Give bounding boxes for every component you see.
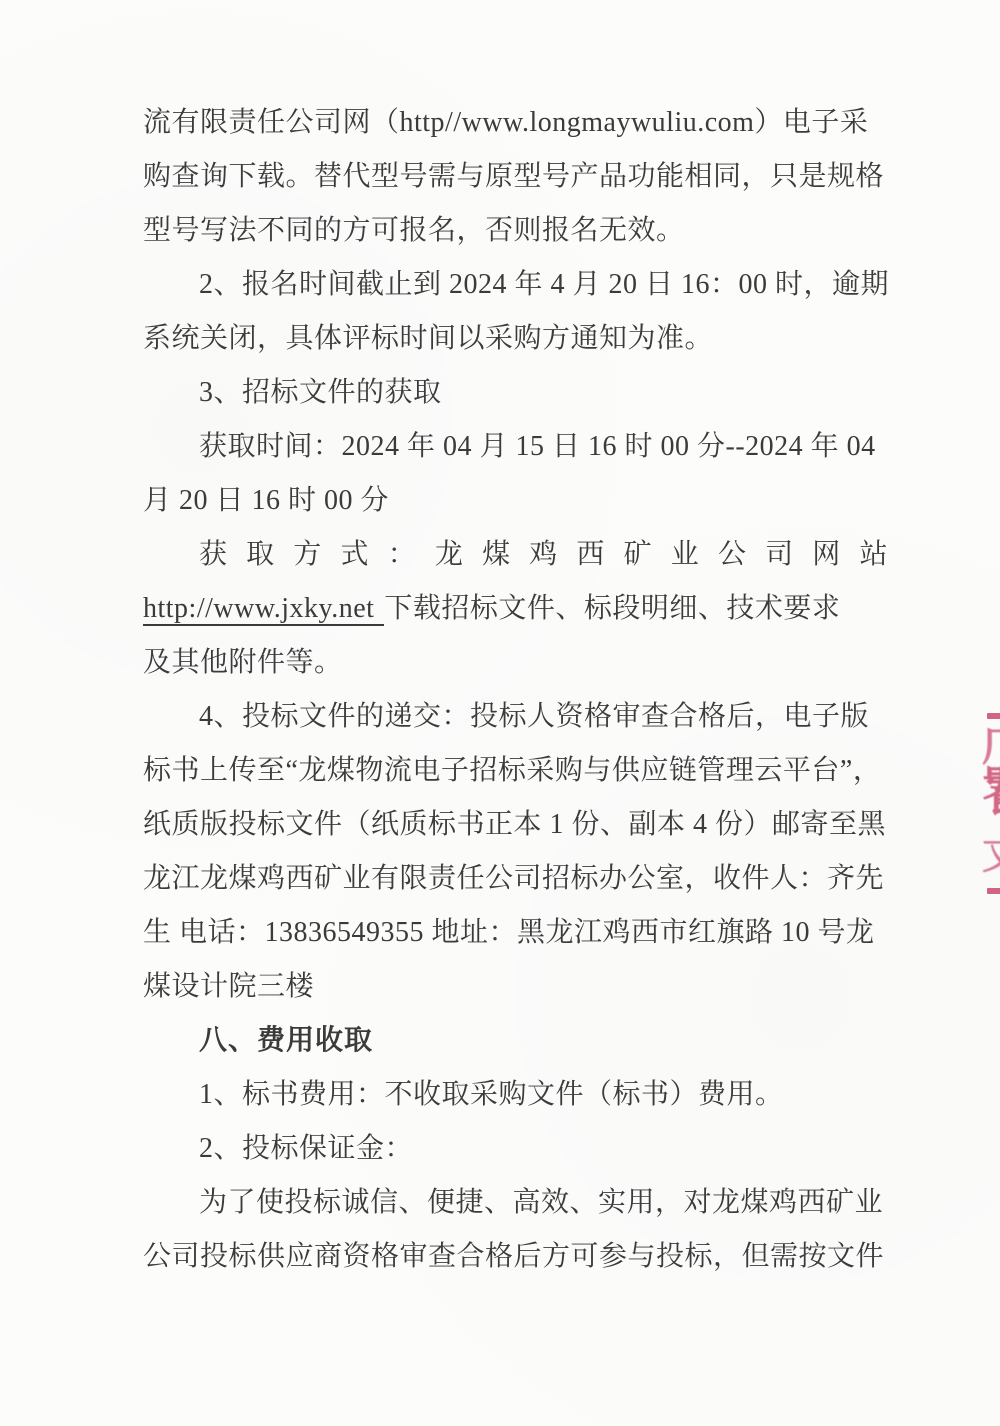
seal-char-fragment: 饕 <box>982 768 1000 820</box>
text-line: 型号写法不同的方可报名，否则报名无效。 <box>143 204 888 258</box>
seal-char-fragment: 丈 <box>982 834 1000 876</box>
text-line: 1、标书费用：不收取采购文件（标书）费用。 <box>143 1068 888 1122</box>
text-line: 公司投标供应商资格审查合格后方可参与投标，但需按文件 <box>143 1230 888 1284</box>
text-line: 获 取 方 式 ： 龙 煤 鸡 西 矿 业 公 司 网 站 <box>143 528 888 582</box>
text-line: 生 电话：13836549355 地址：黑龙江鸡西市红旗路 10 号龙 <box>143 906 888 960</box>
line-text: 下载招标文件、标段明细、技术要求 <box>384 593 840 624</box>
url-text: http://www.jxky.net <box>143 593 384 626</box>
text-line: 系统关闭，具体评标时间以采购方通知为准。 <box>143 312 888 366</box>
red-seal-stamp: 广饕丈 <box>980 708 1000 904</box>
text-line: 纸质版投标文件（纸质标书正本 1 份、副本 4 份）邮寄至黑 <box>143 798 888 852</box>
document-body: 流有限责任公司网（http//www.longmaywuliu.com）电子采购… <box>143 96 888 1284</box>
text-line: 2、投标保证金： <box>143 1122 888 1176</box>
text-line: 3、招标文件的获取 <box>143 366 888 420</box>
seal-char-fragment: 广 <box>982 724 1000 768</box>
text-line: 流有限责任公司网（http//www.longmaywuliu.com）电子采 <box>143 96 888 150</box>
text-line: 获取时间：2024 年 04 月 15 日 16 时 00 分--2024 年 … <box>143 420 888 474</box>
text-line: 龙江龙煤鸡西矿业有限责任公司招标办公室，收件人：齐先 <box>143 852 888 906</box>
text-line: http://www.jxky.net下载招标文件、标段明细、技术要求 <box>143 582 888 636</box>
text-line: 2、报名时间截止到 2024 年 4 月 20 日 16：00 时，逾期 <box>143 258 888 312</box>
seal-bar-fragment <box>987 888 1000 894</box>
text-line: 煤设计院三楼 <box>143 960 888 1014</box>
seal-bar-fragment <box>987 713 1000 719</box>
text-line: 及其他附件等。 <box>143 636 888 690</box>
text-line: 月 20 日 16 时 00 分 <box>143 474 888 528</box>
text-line: 为了使投标诚信、便捷、高效、实用，对龙煤鸡西矿业 <box>143 1176 888 1230</box>
text-line: 4、投标文件的递交：投标人资格审查合格后，电子版 <box>143 690 888 744</box>
text-line: 购查询下载。替代型号需与原型号产品功能相同，只是规格 <box>143 150 888 204</box>
text-line: 八、费用收取 <box>143 1014 888 1068</box>
document-page: 流有限责任公司网（http//www.longmaywuliu.com）电子采购… <box>0 0 1000 1426</box>
text-line: 标书上传至“龙煤物流电子招标采购与供应链管理云平台”， <box>143 744 888 798</box>
